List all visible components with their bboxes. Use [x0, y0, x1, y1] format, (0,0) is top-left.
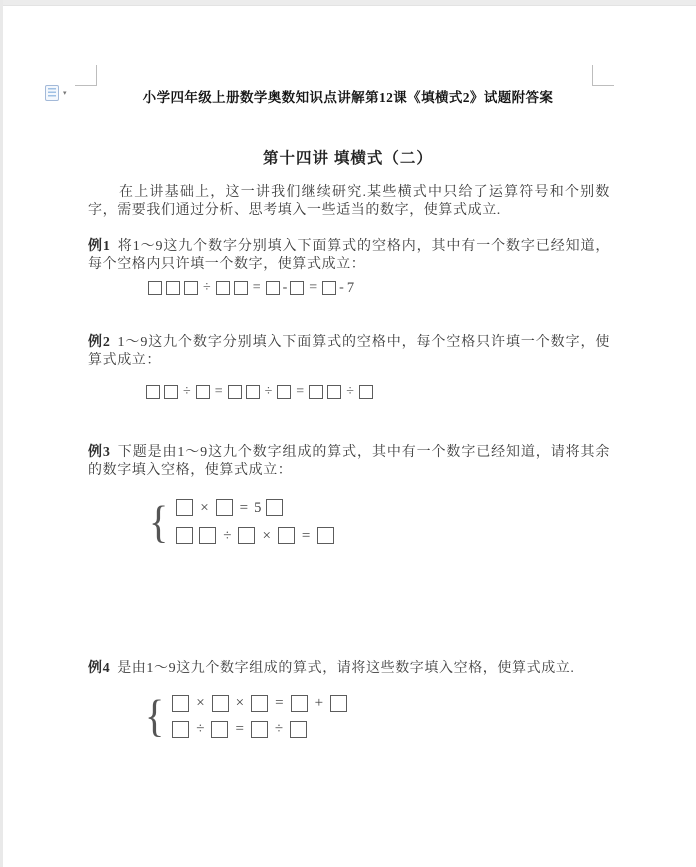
- blank-box: [290, 721, 307, 738]
- document-title: 小学四年级上册数学奥数知识点讲解第12课《填横式2》试题附答案: [0, 86, 696, 106]
- blank-box: [212, 695, 229, 712]
- blank-box: [234, 281, 248, 295]
- blank-box: [251, 695, 268, 712]
- blank-box: [330, 695, 347, 712]
- blank-box: [184, 281, 198, 295]
- blank-box: [278, 527, 295, 544]
- example-4-equation-system: { ××=+ ÷=÷: [145, 694, 350, 738]
- blank-box: [176, 499, 193, 516]
- example-3-equation-system: { ×=5 ÷×=: [149, 499, 337, 544]
- blank-box: [228, 385, 242, 399]
- operator-multiply: ×: [200, 501, 208, 515]
- example-2-paragraph: 例21～9这九个数字分别填入下面算式的空格中，每个空格只许填一个数字，使算式成立…: [88, 334, 610, 369]
- example-1-label: 例1: [88, 239, 111, 254]
- left-brace: {: [149, 496, 168, 547]
- blank-box: [172, 721, 189, 738]
- margin-mark-left: [75, 65, 97, 86]
- example-2-text: 1～9这九个数字分别填入下面算式的空格中，每个空格只许填一个数字，使算式成立：: [88, 335, 610, 368]
- blank-box: [172, 695, 189, 712]
- operator-divide: ÷: [203, 281, 211, 295]
- operator-equals: =: [296, 385, 304, 399]
- operator-multiply: ×: [262, 529, 270, 543]
- example-4-equation-line2: ÷=÷: [169, 721, 350, 738]
- left-brace: {: [145, 691, 164, 742]
- blank-box: [246, 385, 260, 399]
- blank-box: [251, 721, 268, 738]
- margin-mark-right: [592, 65, 614, 86]
- equation-number: 5: [254, 501, 261, 515]
- blank-box: [146, 385, 160, 399]
- blank-box: [199, 527, 216, 544]
- window-edge-top: [0, 0, 696, 6]
- operator-divide: ÷: [265, 385, 273, 399]
- operator-equals: =: [235, 722, 243, 736]
- blank-box: [216, 281, 230, 295]
- operator-minus: -: [283, 281, 288, 295]
- blank-box: [164, 385, 178, 399]
- example-2-equation: ÷=÷=÷: [144, 385, 375, 399]
- example-1-paragraph: 例1将1～9这九个数字分别填入下面算式的空格内，其中有一个数字已经知道，每个空格…: [88, 238, 610, 273]
- document-page: ▾ 小学四年级上册数学奥数知识点讲解第12课《填横式2》试题附答案 第十四讲 填…: [0, 0, 696, 867]
- blank-box: [359, 385, 373, 399]
- blank-box: [266, 281, 280, 295]
- intro-paragraph: 在上讲基础上，这一讲我们继续研究.某些横式中只给了运算符号和个别数字，需要我们通…: [88, 184, 610, 219]
- blank-box: [176, 527, 193, 544]
- example-3-text: 下题是由1～9这九个数字组成的算式，其中有一个数字已经知道，请将其余的数字填入空…: [88, 445, 610, 478]
- operator-minus: -: [339, 281, 344, 295]
- operator-multiply: ×: [236, 696, 244, 710]
- blank-box: [291, 695, 308, 712]
- example-4-paragraph: 例4是由1～9这九个数字组成的算式，请将这些数字填入空格，使算式成立.: [88, 660, 610, 678]
- operator-equals: =: [215, 385, 223, 399]
- example-3-equation-lines: ×=5 ÷×=: [173, 499, 337, 544]
- example-3-equation-line2: ÷×=: [173, 527, 337, 544]
- blank-box: [196, 385, 210, 399]
- operator-equals: =: [309, 281, 317, 295]
- blank-box: [327, 385, 341, 399]
- operator-divide: ÷: [183, 385, 191, 399]
- blank-box: [317, 527, 334, 544]
- blank-box: [238, 527, 255, 544]
- operator-divide: ÷: [275, 722, 283, 736]
- equation-number: 7: [347, 281, 354, 295]
- example-2-label: 例2: [88, 335, 111, 350]
- operator-equals: =: [240, 501, 248, 515]
- blank-box: [216, 499, 233, 516]
- blank-box: [322, 281, 336, 295]
- example-4-text: 是由1～9这九个数字组成的算式，请将这些数字填入空格，使算式成立.: [117, 661, 574, 676]
- example-3-label: 例3: [88, 445, 111, 460]
- example-4-equation-lines: ××=+ ÷=÷: [169, 695, 350, 738]
- example-4-label: 例4: [88, 661, 110, 676]
- blank-box: [266, 499, 283, 516]
- operator-equals: =: [253, 281, 261, 295]
- example-1-equation: ÷=-=-7: [146, 281, 356, 295]
- blank-box: [166, 281, 180, 295]
- example-3-paragraph: 例3下题是由1～9这九个数字组成的算式，其中有一个数字已经知道，请将其余的数字填…: [88, 444, 610, 479]
- operator-multiply: ×: [196, 696, 204, 710]
- operator-divide: ÷: [196, 722, 204, 736]
- operator-divide: ÷: [223, 529, 231, 543]
- blank-box: [309, 385, 323, 399]
- blank-box: [290, 281, 304, 295]
- example-4-equation-line1: ××=+: [169, 695, 350, 712]
- blank-box: [148, 281, 162, 295]
- window-edge-left: [0, 0, 3, 867]
- example-3-equation-line1: ×=5: [173, 499, 337, 516]
- operator-plus: +: [315, 696, 323, 710]
- lesson-heading: 第十四讲 填横式（二）: [0, 146, 696, 168]
- operator-divide: ÷: [346, 385, 354, 399]
- example-1-text: 将1～9这九个数字分别填入下面算式的空格内，其中有一个数字已经知道，每个空格内只…: [88, 239, 610, 272]
- operator-equals: =: [275, 696, 283, 710]
- operator-equals: =: [302, 529, 310, 543]
- blank-box: [211, 721, 228, 738]
- blank-box: [277, 385, 291, 399]
